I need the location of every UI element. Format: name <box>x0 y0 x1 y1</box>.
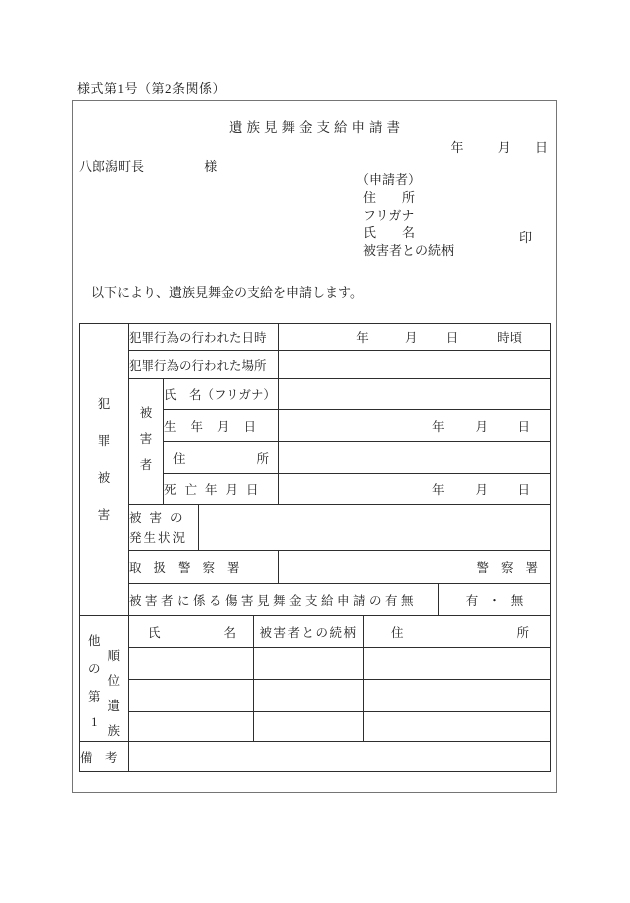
victim-deathdate-field: 年 月 日 <box>279 474 551 505</box>
unit-time: 時頃 <box>497 328 522 346</box>
police-station-label: 取扱警察署 <box>129 551 279 584</box>
applicant-name-label: 氏 名 <box>356 224 454 242</box>
date-year-label: 年 <box>450 140 463 155</box>
unit-day: 日 <box>446 328 459 346</box>
victim-address-label: 住 所 <box>164 442 279 474</box>
addressee-line: 八郎潟町長 様 <box>79 156 217 175</box>
damage-situation-label: 被害の 発生状況 <box>129 505 199 551</box>
family-address-header: 住 所 <box>364 616 551 648</box>
applicant-furigana-label: フリガナ <box>356 207 454 225</box>
statement-text: 以下により、遺族見舞金の支給を申請します。 <box>91 282 363 301</box>
remarks-label: 備 考 <box>80 742 129 772</box>
applicant-relation-label: 被害者との続柄 <box>356 242 454 260</box>
document-page: 様式第1号（第2条関係） 遺族見舞金支給申請書 年 月 日 八郎潟町長 様 （申… <box>0 0 630 903</box>
family-name-field <box>129 648 254 680</box>
unit-year: 年 <box>432 480 445 498</box>
family-row <box>80 680 551 712</box>
unit-day: 日 <box>518 417 531 435</box>
family-name-header: 氏 名 <box>129 616 254 648</box>
family-relation-field <box>254 680 364 712</box>
crime-datetime-field: 年 月 日 時頃 <box>279 324 551 351</box>
family-relation-field <box>254 712 364 742</box>
form-number-label: 様式第1号（第2条関係） <box>77 78 226 97</box>
unit-year: 年 <box>356 328 369 346</box>
victim-address-field <box>279 442 551 474</box>
family-name-field <box>129 712 254 742</box>
family-relation-header: 被害者との続柄 <box>254 616 364 648</box>
crime-datetime-label: 犯罪行為の行われた日時 <box>129 324 279 351</box>
injury-application-label: 被害者に係る傷害見舞金支給申請の有無 <box>129 584 439 616</box>
unit-month: 月 <box>476 480 489 498</box>
date-line: 年 月 日 <box>450 137 548 156</box>
applicant-block: （申請者） 住 所 フリガナ 氏 名 被害者との続柄 <box>356 171 454 260</box>
crime-damage-section-header: 犯 罪 被 害 <box>80 324 129 616</box>
family-address-field <box>364 712 551 742</box>
addressee-honorific: 様 <box>204 159 217 174</box>
crime-place-field <box>279 351 551 379</box>
unit-month: 月 <box>476 417 489 435</box>
victim-name-label: 氏 名（フリガナ） <box>164 379 279 410</box>
document-frame: 遺族見舞金支給申請書 年 月 日 八郎潟町長 様 （申請者） 住 所 フリガナ … <box>72 100 557 793</box>
unit-day: 日 <box>518 480 531 498</box>
damage-situation-field <box>199 505 551 551</box>
applicant-heading: （申請者） <box>356 171 454 189</box>
victim-name-field <box>279 379 551 410</box>
family-address-field <box>364 648 551 680</box>
document-title: 遺族見舞金支給申請書 <box>73 116 556 136</box>
date-day-label: 日 <box>535 140 548 155</box>
family-address-field <box>364 680 551 712</box>
victim-birthdate-field: 年 月 日 <box>279 410 551 442</box>
unit-month: 月 <box>405 328 418 346</box>
applicant-address-label: 住 所 <box>356 189 454 207</box>
victim-birthdate-label: 生年月日 <box>164 410 279 442</box>
victim-deathdate-label: 死亡年月日 <box>164 474 279 505</box>
addressee-name: 八郎潟町長 <box>79 159 144 174</box>
seal-mark: 印 <box>519 227 532 246</box>
family-relation-field <box>254 648 364 680</box>
injury-application-options: 有・無 <box>439 584 551 616</box>
family-row <box>80 648 551 680</box>
police-station-field: 警察署 <box>279 551 551 584</box>
victim-section-header: 被 害 者 <box>129 379 164 505</box>
unit-year: 年 <box>432 417 445 435</box>
crime-place-label: 犯罪行為の行われた場所 <box>129 351 279 379</box>
application-table: 犯 罪 被 害 犯罪行為の行われた日時 年 月 日 時頃 犯罪行為の行われた場所 <box>79 323 551 772</box>
other-family-section-header: 他 の 第 1 順 位 遺 族 <box>80 616 129 742</box>
remarks-field <box>129 742 551 772</box>
family-row <box>80 712 551 742</box>
date-month-label: 月 <box>498 140 511 155</box>
family-name-field <box>129 680 254 712</box>
